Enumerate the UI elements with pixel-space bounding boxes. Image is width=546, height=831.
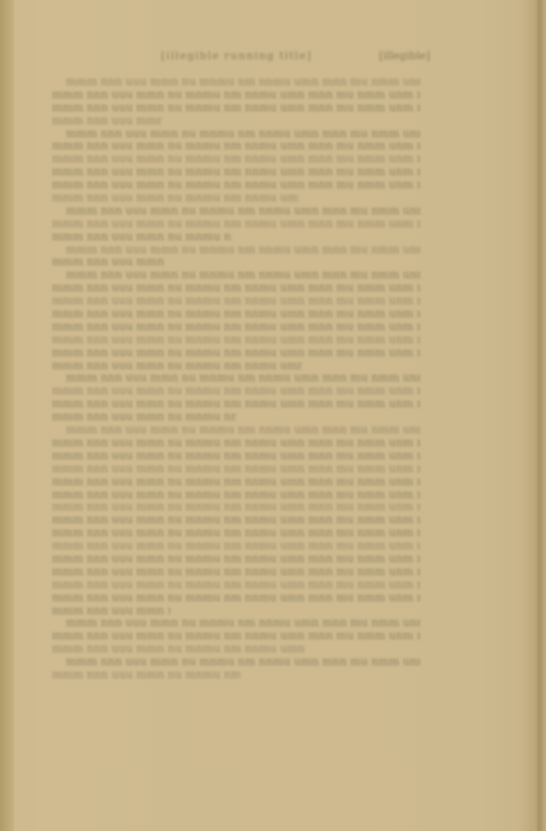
text-line: mmm nnn uuu mmn nu mnmu nm nnmu umn mnn … bbox=[52, 424, 420, 437]
text-line: mmm nnn uuu mmn nu mnmu nm nnmu umn mnn … bbox=[52, 244, 420, 257]
text-line: mmm nnn uuu mmn nu mnmu nm nnmu umn mnn … bbox=[52, 166, 420, 179]
text-line: mmm nnn uuu mmn nu mnmu nm nnmu umn mnn … bbox=[52, 463, 420, 476]
paragraph: mmm nnn uuu mmn nu mnmu nm nnmu umn mnn … bbox=[52, 372, 420, 424]
text-line: mmm nnn uuu mmn nu mnmu nm nnmu umn mnn … bbox=[52, 347, 420, 360]
text-line: mmm nnn uuu mmn nu mnmu nm nnmu umn mnn … bbox=[52, 450, 420, 463]
paragraph: mmm nnn uuu mmn nu mnmu nm nnmu umn mnn … bbox=[52, 244, 420, 270]
paragraph: mmm nnn uuu mmn nu mnmu nm nnmu umn mnn … bbox=[52, 128, 420, 205]
page-header: [illegible running title] [illegible] bbox=[58, 50, 428, 64]
text-line: mmm nnn uuu mmn nu mnmu nm nnmu umn mnn … bbox=[52, 89, 420, 102]
text-line: mmm nnn uuu mmn nu mnmu nm nnmu umn mnn … bbox=[52, 153, 420, 166]
paragraph: mmm nnn uuu mmn nu mnmu nm nnmu umn mnn … bbox=[52, 424, 420, 617]
text-line: mmm nnn uuu mmn nu mnmu nm nnmu umn mnn … bbox=[52, 372, 420, 385]
text-line: mmm nnn uuu mmn nu mnmu nm nnmu umn mnn … bbox=[52, 192, 299, 205]
text-line: mmm nnn uuu mmn nu mnmu nm nnmu umn mnn … bbox=[52, 501, 420, 514]
text-line: mmm nnn uuu mmn nu mnmu nm nnmu umn mnn … bbox=[52, 231, 232, 244]
text-line: mmm nnn uuu mmn nu mnmu nm nnmu umn mnn … bbox=[52, 617, 420, 630]
text-line: mmm nnn uuu mmn nu mnmu nm nnmu umn mnn … bbox=[52, 115, 162, 128]
text-line: mmm nnn uuu mmn nu mnmu nm nnmu umn mnn … bbox=[52, 553, 420, 566]
text-line: mmm nnn uuu mmn nu mnmu nm nnmu umn mnn … bbox=[52, 437, 420, 450]
text-line: mmm nnn uuu mmn nu mnmu nm nnmu umn mnn … bbox=[52, 179, 420, 192]
text-line: mmm nnn uuu mmn nu mnmu nm nnmu umn mnn … bbox=[52, 218, 420, 231]
page-gutter-shadow bbox=[0, 0, 14, 831]
text-line: mmm nnn uuu mmn nu mnmu nm nnmu umn mnn … bbox=[52, 102, 420, 115]
text-line: mmm nnn uuu mmn nu mnmu nm nnmu umn mnn … bbox=[52, 295, 420, 308]
text-line: mmm nnn uuu mmn nu mnmu nm nnmu umn mnn … bbox=[52, 476, 420, 489]
body-text: mmm nnn uuu mmn nu mnmu nm nnmu umn mnn … bbox=[52, 76, 420, 682]
text-line: mmm nnn uuu mmn nu mnmu nm nnmu umn mnn … bbox=[52, 256, 166, 269]
paragraph: mmm nnn uuu mmn nu mnmu nm nnmu umn mnn … bbox=[52, 205, 420, 244]
paragraph: mmm nnn uuu mmn nu mnmu nm nnmu umn mnn … bbox=[52, 269, 420, 372]
text-line: mmm nnn uuu mmn nu mnmu nm nnmu umn mnn … bbox=[52, 540, 420, 553]
text-line: mmm nnn uuu mmn nu mnmu nm nnmu umn mnn … bbox=[52, 656, 420, 669]
text-line: mmm nnn uuu mmn nu mnmu nm nnmu umn mnn … bbox=[52, 282, 420, 295]
text-line: mmm nnn uuu mmn nu mnmu nm nnmu umn mnn … bbox=[52, 630, 420, 643]
text-line: mmm nnn uuu mmn nu mnmu nm nnmu umn mnn … bbox=[52, 605, 170, 618]
book-page: [illegible running title] [illegible] mm… bbox=[0, 0, 546, 831]
text-line: mmm nnn uuu mmn nu mnmu nm nnmu umn mnn … bbox=[52, 669, 240, 682]
text-line: mmm nnn uuu mmn nu mnmu nm nnmu umn mnn … bbox=[52, 489, 420, 502]
running-title: [illegible running title] bbox=[161, 50, 312, 62]
text-line: mmm nnn uuu mmn nu mnmu nm nnmu umn mnn … bbox=[52, 269, 420, 282]
text-line: mmm nnn uuu mmn nu mnmu nm nnmu umn mnn … bbox=[52, 592, 420, 605]
text-line: mmm nnn uuu mmn nu mnmu nm nnmu umn mnn … bbox=[52, 514, 420, 527]
text-line: mmm nnn uuu mmn nu mnmu nm nnmu umn mnn … bbox=[52, 360, 302, 373]
text-line: mmm nnn uuu mmn nu mnmu nm nnmu umn mnn … bbox=[52, 398, 420, 411]
paragraph: mmm nnn uuu mmn nu mnmu nm nnmu umn mnn … bbox=[52, 617, 420, 656]
paragraph: mmm nnn uuu mmn nu mnmu nm nnmu umn mnn … bbox=[52, 76, 420, 128]
page-edge bbox=[537, 0, 540, 831]
text-line: mmm nnn uuu mmn nu mnmu nm nnmu umn mnn … bbox=[52, 321, 420, 334]
text-line: mmm nnn uuu mmn nu mnmu nm nnmu umn mnn … bbox=[52, 128, 420, 141]
text-line: mmm nnn uuu mmn nu mnmu nm nnmu umn mnn … bbox=[52, 579, 420, 592]
text-line: mmm nnn uuu mmn nu mnmu nm nnmu umn mnn … bbox=[52, 566, 420, 579]
text-line: mmm nnn uuu mmn nu mnmu nm nnmu umn mnn … bbox=[52, 385, 420, 398]
text-line: mmm nnn uuu mmn nu mnmu nm nnmu umn mnn … bbox=[52, 411, 236, 424]
text-line: mmm nnn uuu mmn nu mnmu nm nnmu umn mnn … bbox=[52, 643, 306, 656]
text-line: mmm nnn uuu mmn nu mnmu nm nnmu umn mnn … bbox=[52, 140, 420, 153]
text-line: mmm nnn uuu mmn nu mnmu nm nnmu umn mnn … bbox=[52, 334, 420, 347]
text-line: mmm nnn uuu mmn nu mnmu nm nnmu umn mnn … bbox=[52, 527, 420, 540]
text-line: mmm nnn uuu mmn nu mnmu nm nnmu umn mnn … bbox=[52, 76, 420, 89]
paragraph: mmm nnn uuu mmn nu mnmu nm nnmu umn mnn … bbox=[52, 656, 420, 682]
text-line: mmm nnn uuu mmn nu mnmu nm nnmu umn mnn … bbox=[52, 205, 420, 218]
text-line: mmm nnn uuu mmn nu mnmu nm nnmu umn mnn … bbox=[52, 308, 420, 321]
page-number: [illegible] bbox=[379, 50, 430, 62]
